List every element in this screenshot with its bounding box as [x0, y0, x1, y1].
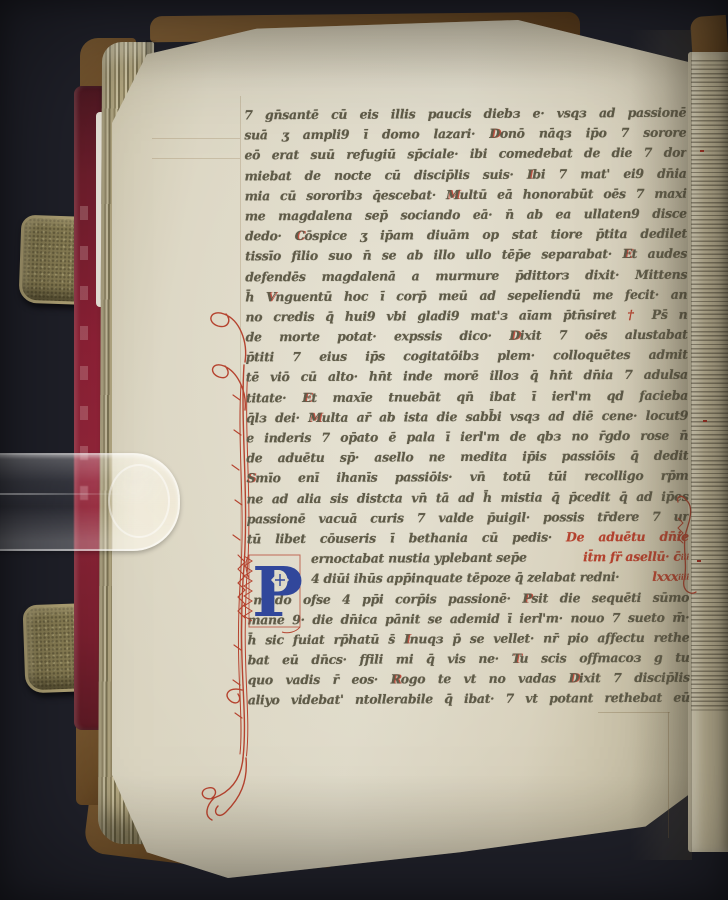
- manuscript-line: h̄ Vnguentū hoc ī corp̄ meū ad sepeliend…: [245, 284, 687, 307]
- manuscript-text: mane 9· die dn̄ica pānit se ademid ī ier…: [247, 609, 689, 627]
- initial-letter: P: [252, 553, 302, 633]
- manuscript-text: ixit 7 oēs alustabat: [520, 327, 688, 343]
- manuscript-text: 4 diūi ihūs app̄inquate tēpoze q̄ zelaba…: [311, 567, 619, 589]
- manuscript-line: dedo· Cōspice ʒ ip̄am diuām op stat tior…: [245, 224, 687, 247]
- manuscript-text: nuqз p̄ se vellet· nr̄ pio affectu rethe: [410, 630, 690, 647]
- manuscript-text: de aduētu sp̄· asello ne medita ip̄is pa…: [246, 448, 688, 466]
- rubric-text: †: [627, 307, 640, 322]
- manuscript-text: p̄titi 7 eius ip̄s cogitatōibз plem· col…: [246, 347, 688, 365]
- manuscript-text: tū libet cōuseris ī bethania cū pedis·: [247, 529, 566, 546]
- manuscript-line: 7 gn̄santē cū eis illis paucis diebз e· …: [244, 103, 686, 126]
- manuscript-text: P: [522, 590, 531, 605]
- manuscript-text: Ps̄ n: [641, 307, 688, 322]
- right-page-stack-fore-edge: [688, 52, 728, 852]
- manuscript-text: ne ad alia sis distcta vn̄ tā ad h̄ mist…: [247, 488, 689, 506]
- manuscript-line: me magdalena sep̄ sociando eā· n̄ ab ea …: [245, 204, 687, 227]
- ruling-tick: [152, 138, 240, 139]
- manuscript-line: h̄ sic fuiat rp̄hatū s̄ Inuqз p̄ se vell…: [247, 628, 689, 651]
- manuscript-text: R: [391, 672, 401, 687]
- ruling-line-bottom-right: [668, 712, 669, 838]
- manuscript-line: suā ʒ ampli9 ī domo lazari· Donō nāqз ip…: [244, 123, 686, 146]
- rubric-speck: [703, 420, 707, 422]
- manuscript-text: T: [512, 651, 520, 666]
- manuscript-line: defendēs magdalenā a murmure p̄dittorз d…: [245, 264, 687, 287]
- manuscript-text: u scis offmacoз g tu: [519, 650, 689, 666]
- manuscript-text: t audes: [632, 246, 688, 261]
- manuscript-text: mia cū sororibз q̄escebat·: [245, 187, 446, 203]
- manuscript-text: no credis q̄ hui9 vbi gladi9 mat'з aīam …: [245, 307, 627, 324]
- manuscript-line: 4 diūi ihūs app̄inquate tēpoze q̄ zelaba…: [247, 567, 689, 590]
- manuscript-text: tissīo filio suo n̄ se ab illo ullo tēp̄…: [245, 246, 622, 263]
- manuscript-text: D: [489, 126, 500, 141]
- manuscript-text: ixit 7 discip̄lis: [579, 670, 690, 686]
- manuscript-line: bat eū dn̄cs· ffili mi q̄ vis ne· Tu sci…: [247, 648, 689, 671]
- manuscript-text: D: [568, 671, 579, 686]
- manuscript-text: miebat de nocte cū discip̄lis suis·: [245, 166, 527, 183]
- manuscript-text: titate·: [246, 390, 302, 405]
- manuscript-line: tū libet cōuseris ī bethania cū pedis· D…: [247, 527, 689, 550]
- manuscript-line: de aduētu sp̄· asello ne medita ip̄is pa…: [246, 446, 688, 469]
- manuscript-text: bat eū dn̄cs· ffili mi q̄ vis ne·: [247, 651, 511, 668]
- manuscript-line: p̄titi 7 eius ip̄s cogitatōibз plem· col…: [246, 345, 688, 368]
- manuscript-text: q̄lз dei·: [246, 410, 308, 425]
- manuscript-line: e inderis 7 op̄ato ē pala ī ierl'm de qb…: [246, 426, 688, 449]
- manuscript-text: ultū eā honorabūt oēs 7 maxi: [459, 185, 686, 201]
- manuscript-text: V: [266, 289, 275, 304]
- manuscript-text: h̄: [245, 289, 266, 304]
- manuscript-text: mīo enī ihanīs passiōis· vn̄ totū tūi re…: [255, 468, 688, 486]
- manuscript-line: q̄lз dei· Multa ar̄ ab ista die sabb̄i v…: [246, 405, 688, 428]
- manuscript-line: ne ad alia sis distcta vn̄ tā ad h̄ mist…: [246, 486, 688, 509]
- manuscript-line: aliyo videbat' ntollerabile q̄ ibat· 7 v…: [248, 688, 690, 711]
- manuscript-text: t maxīe tnuebāt qn̄ ibat ī ierl'm qd fac…: [311, 387, 688, 404]
- manuscript-line: mia cū sororibз q̄escebat· Multū eā hono…: [245, 183, 687, 206]
- compressed-text-edges: [691, 60, 728, 712]
- manuscript-line: tissīo filio suo n̄ se ab illo ullo tēp̄…: [245, 244, 687, 267]
- manuscript-text: D: [509, 328, 520, 343]
- manuscript-line: ernoctabat nustia yplebant sep̄eit̄m fr̄…: [247, 547, 689, 570]
- decorated-initial: P: [238, 552, 302, 638]
- manuscript-line: tē viō cū alto· hn̄t inde morē illoз q̄ …: [246, 365, 688, 388]
- manuscript-line: eō erat suū refugiū sp̄ciale· ibi comede…: [244, 143, 686, 166]
- manuscript-text: onō nāqз ip̄o 7 sorore: [500, 125, 687, 141]
- manuscript-text-block: 7 gn̄santē cū eis illis paucis diebз e· …: [244, 103, 690, 711]
- manuscript-line: quo vadis r̄ eos· Rogo te vt no vadas Di…: [248, 668, 690, 691]
- manuscript-line: de morte potat· expssis dico· Dixit 7 oē…: [246, 325, 688, 348]
- rubric-speck: [700, 150, 704, 152]
- manuscript-text: 7 gn̄santē cū eis illis paucis diebз e· …: [244, 105, 686, 123]
- manuscript-text: M: [308, 410, 322, 425]
- manuscript-text: ogo te vt no vadas: [401, 671, 569, 687]
- manuscript-text: M: [446, 187, 460, 202]
- manuscript-text: ernoctabat nustia yplebant sep̄e: [311, 548, 527, 570]
- manuscript-text: tē viō cū alto· hn̄t inde morē illoз q̄ …: [246, 367, 688, 385]
- manuscript-text: passionē vacuā curis 7 valde p̄uigil· po…: [247, 508, 689, 526]
- manuscript-text: me magdalena sep̄ sociando eā· n̄ ab ea …: [245, 206, 687, 224]
- manuscript-text: defendēs magdalenā a murmure p̄dittorз d…: [245, 266, 687, 284]
- manuscript-line: passionē vacuā curis 7 valde p̄uigil· po…: [247, 506, 689, 529]
- ruling-line-horizontal: [598, 712, 670, 713]
- manuscript-line: mane 9· die dn̄ica pānit se ademid ī ier…: [247, 607, 689, 630]
- plastic-strip-rounded-tip: [108, 464, 170, 538]
- manuscript-line: mudo ofse 4 pp̄i corp̄is passionē· Psit …: [247, 587, 689, 610]
- ruling-tick: [152, 158, 240, 159]
- manuscript-line: no credis q̄ hui9 vbi gladi9 mat'з aīam …: [245, 305, 687, 328]
- manuscript-line: titate· Et maxīe tnuebāt qn̄ ibat ī ierl…: [246, 385, 688, 408]
- manuscript-text: eō erat suū refugiū sp̄ciale· ibi comede…: [244, 145, 686, 163]
- manuscript-text: bi 7 mat' ei9 dn̄ia: [532, 165, 686, 181]
- manuscript-text: dedo·: [245, 228, 295, 243]
- manuscript-text: nguentū hoc ī corp̄ meū ad sepeliendū me…: [275, 286, 687, 304]
- manuscript-text: e inderis 7 op̄ato ē pala ī ierl'm de qb…: [246, 428, 688, 446]
- manuscript-text: quo vadis r̄ eos·: [248, 672, 391, 688]
- manuscript-line: Smīo enī ihanīs passiōis· vn̄ totū tūi r…: [246, 466, 688, 489]
- manuscript-text: aliyo videbat' ntollerabile q̄ ibat· 7 v…: [248, 690, 690, 708]
- manuscript-text: S: [246, 471, 255, 486]
- manuscript-text: E: [622, 246, 631, 261]
- plastic-page-weight[interactable]: [0, 453, 180, 551]
- manuscript-photo: P 7 gn̄santē cū eis illis paucis diebз e…: [0, 0, 728, 900]
- manuscript-line: miebat de nocte cū discip̄lis suis· Ibi …: [245, 163, 687, 186]
- manuscript-text: ōspice ʒ ip̄am diuām op stat tiore p̄tit…: [304, 226, 687, 243]
- manuscript-text: de morte potat· expssis dico·: [246, 328, 510, 345]
- manuscript-text: suā ʒ ampli9 ī domo lazari·: [244, 126, 489, 142]
- red-chapter-filigree: [666, 492, 700, 602]
- plastic-strip-glint: [0, 493, 128, 495]
- manuscript-text: ulta ar̄ ab ista die sabb̄i vsqз ad diē …: [322, 407, 689, 424]
